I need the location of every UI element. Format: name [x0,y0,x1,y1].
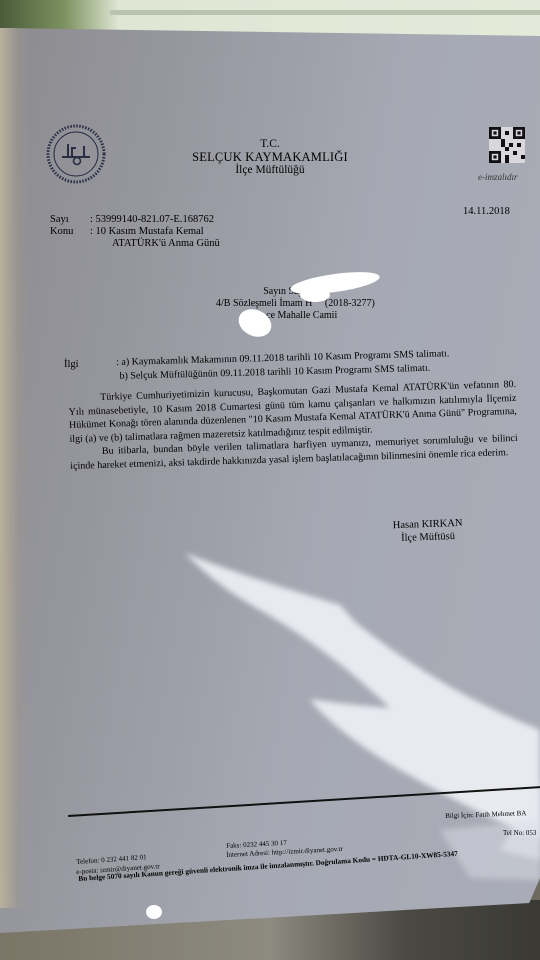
footer-tel: Tel No: 053 [503,829,536,838]
signature-block: Hasan KIRKAN İlçe Müftüsü [393,517,464,545]
letter-body: Türkiye Cumhuriyetimizin kurucusu, Başko… [68,378,518,473]
konu-value-line1: : 10 Kasım Mustafa Kemal [88,226,204,238]
konu-label: Konu [50,226,88,238]
redaction-mark [146,905,162,919]
paper-edge [0,28,30,908]
diyanet-seal-icon [46,124,106,184]
sayi-label: Sayı [50,214,88,226]
sayi-value: : 53999140-821.07-E.168762 [88,214,214,226]
qr-code-icon [489,127,525,163]
signer-title: İlçe Müftüsü [393,530,463,545]
document-meta: Sayı: 53999140-821.07-E.168762 Konu: 10 … [50,214,220,250]
konu-value-line2: ATATÜRK'ü Anma Günü [50,238,220,250]
redaction-mark [300,288,330,302]
recipient-line2: 4/B Sözleşmeli İmam H (2018-3277) [216,298,375,310]
letterhead: T.C. SELÇUK KAYMAKAMLIĞI İlçe Müftülüğü [190,138,350,177]
institution-name: SELÇUK KAYMAKAMLIĞI [190,151,350,164]
ilgi-label: İlgi [64,359,79,370]
document-date: 14.11.2018 [463,206,510,217]
e-signature-label: e-imzalıdır [478,172,518,182]
department-name: İlçe Müftülüğü [190,164,350,177]
